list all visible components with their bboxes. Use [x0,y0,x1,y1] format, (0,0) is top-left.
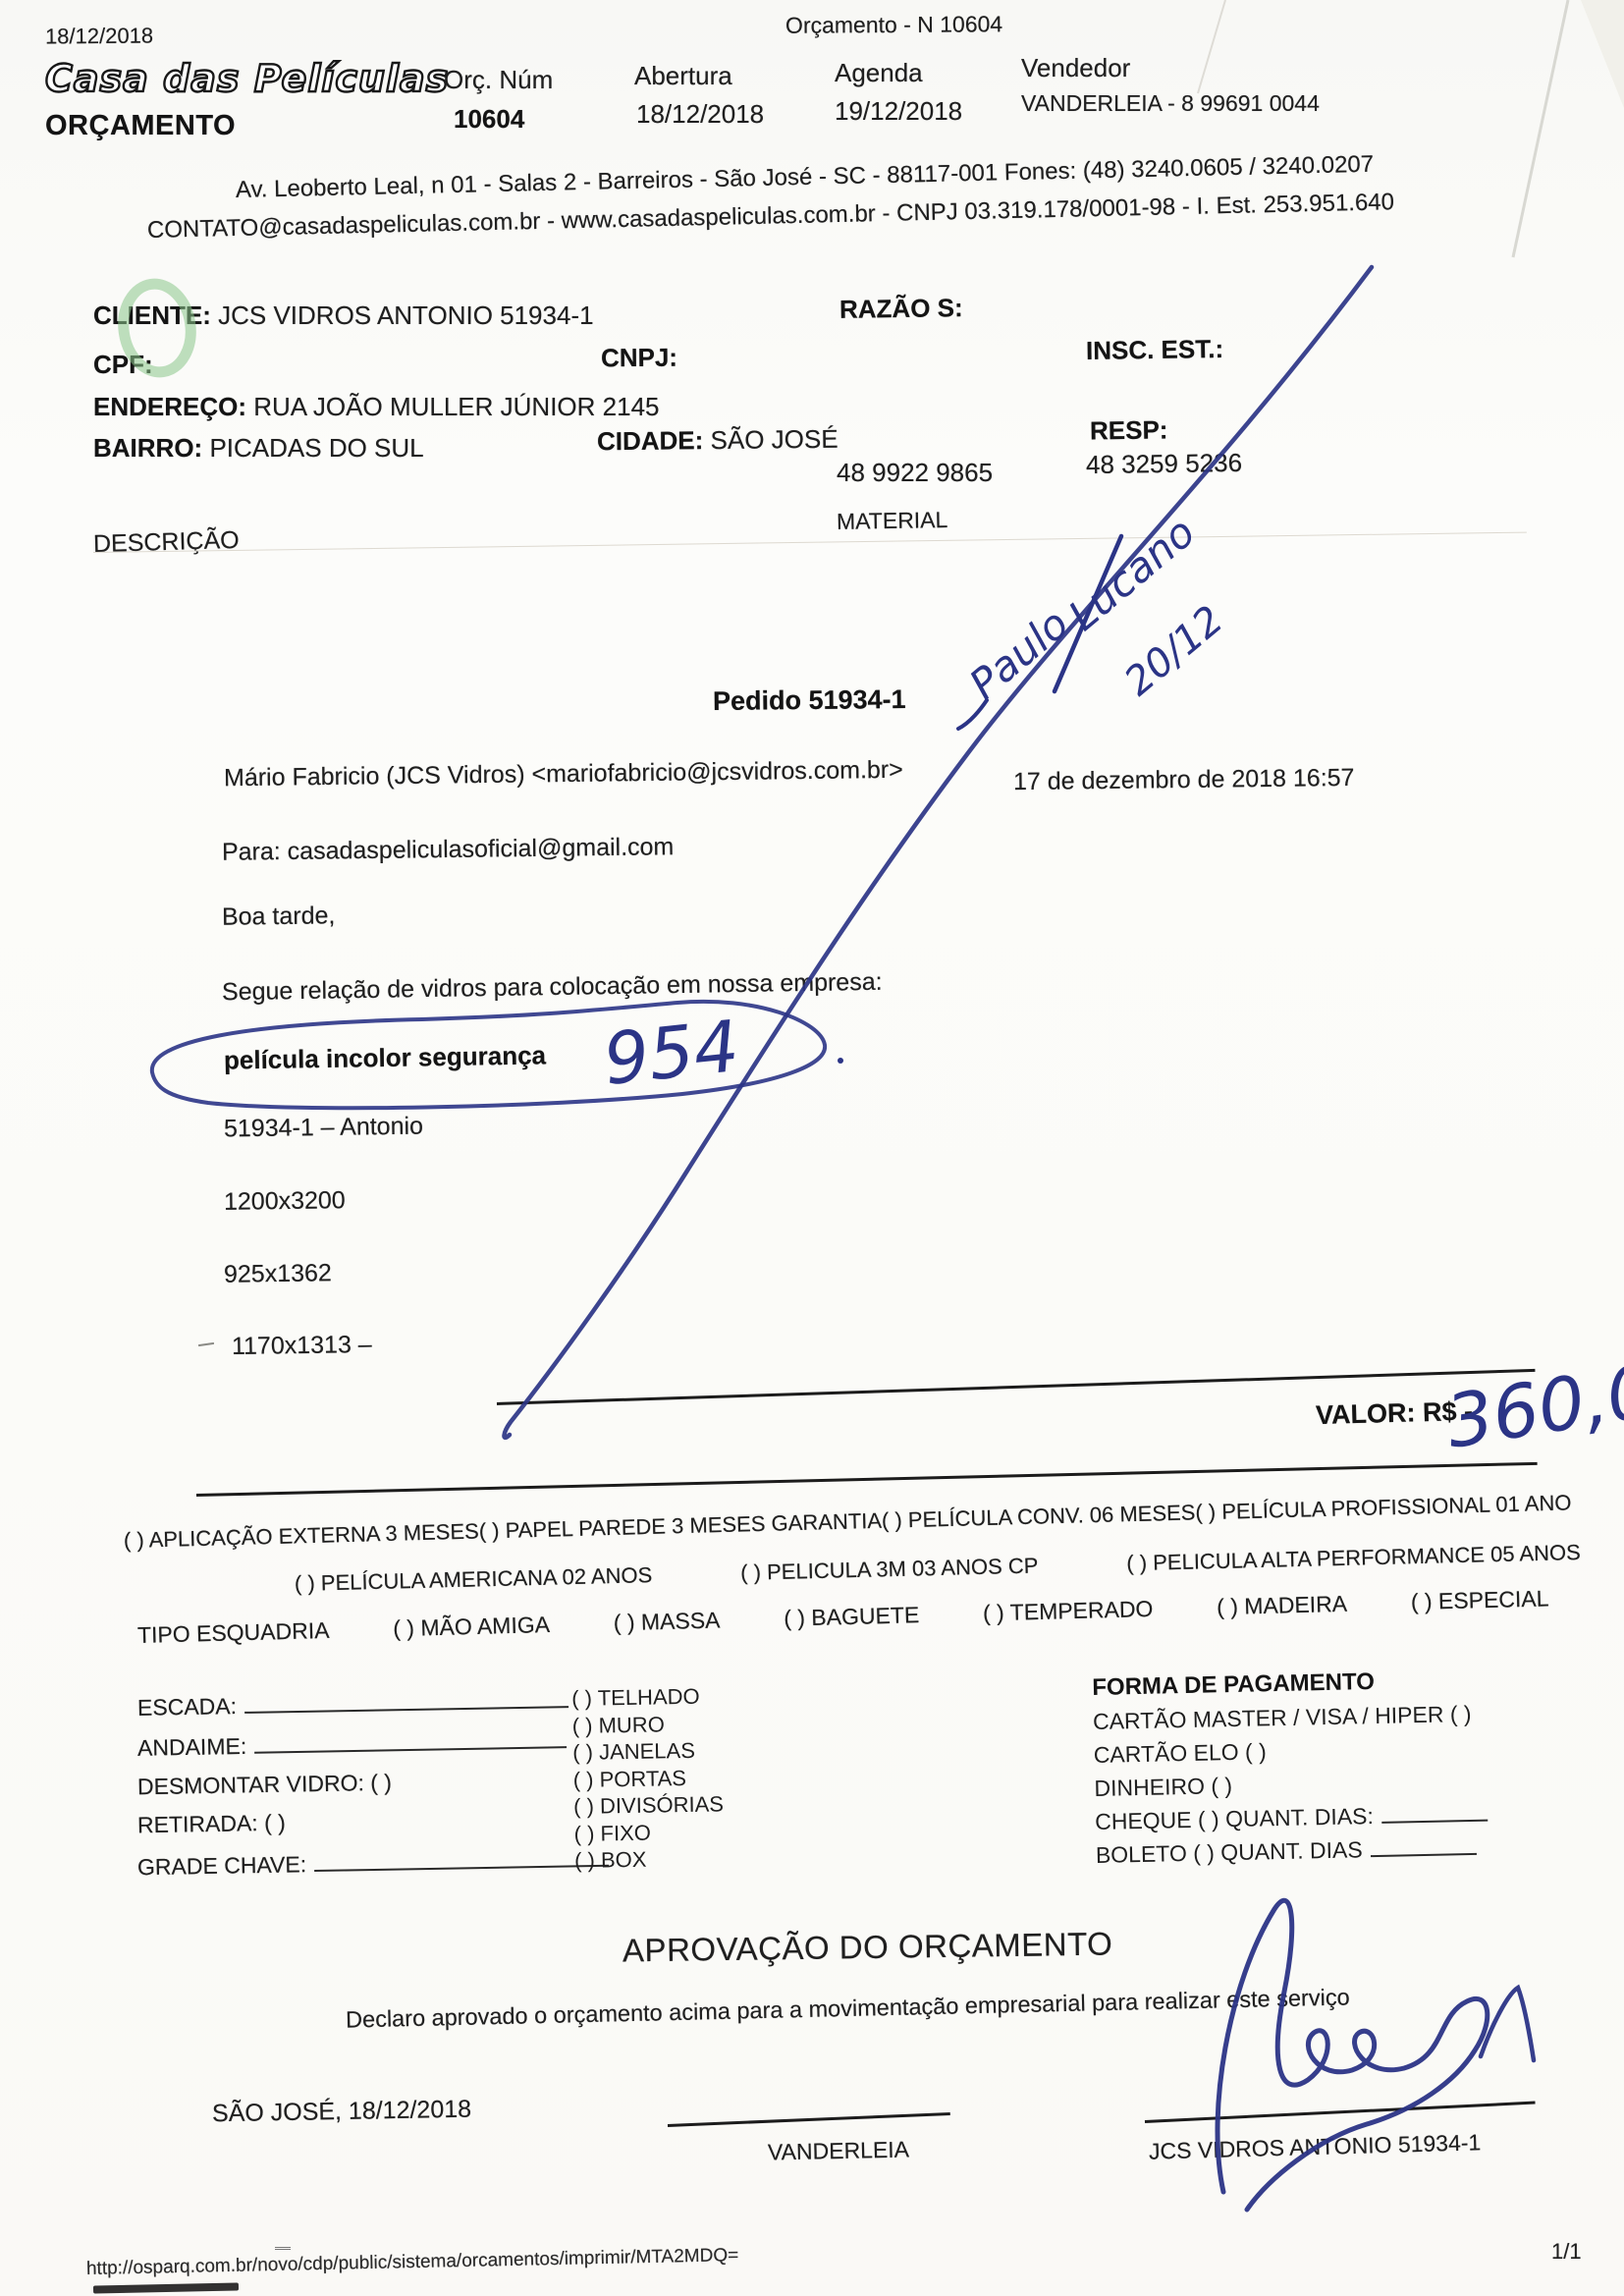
handwritten-quantity: 954 [600,1005,742,1101]
andaime-field: ANDAIME: [137,1727,568,1762]
divider-faint-line [93,532,1527,553]
agenda-value: 19/12/2018 [835,96,962,127]
grade-chave-field: GRADE CHAVE: [137,1846,610,1881]
boleto-label: BOLETO ( ) QUANT. DIAS [1096,1836,1363,1868]
abertura-label: Abertura [634,61,732,91]
garantia-option: ( ) PELICULA ALTA PERFORMANCE 05 ANOS [1126,1540,1581,1576]
escada-field: ESCADA: [137,1687,568,1722]
email-size-1: 1200x3200 [224,1186,346,1217]
valor-bottom-line [196,1462,1538,1497]
email-sent-at: 17 de dezembro de 2018 16:57 [1013,764,1355,796]
garantia-option: ( ) PELICULA 3M 03 ANOS CP [740,1553,1039,1585]
email-to: Para: casadaspeliculasoficial@gmail.com [222,833,675,867]
signature-line-cliente [1145,2102,1536,2123]
signature-name-vendedor: VANDERLEIA [768,2136,910,2165]
locais-list: ( ) TELHADO ( ) MURO ( ) JANELAS ( ) POR… [571,1682,725,1874]
cpf-label: CPF: [93,350,153,380]
cheque-fill-line [1381,1804,1488,1824]
local-option: ( ) FIXO [573,1818,724,1847]
orc-num-value: 10604 [454,104,524,135]
client-signature-peak [1481,1988,1534,2060]
endereco-value: RUA JOÃO MULLER JÚNIOR 2145 [253,392,659,421]
pen-slash-stroke [1055,536,1121,691]
esquadria-option: ( ) MASSA [613,1607,720,1636]
cheque-label: CHEQUE ( ) QUANT. DIAS: [1095,1803,1374,1834]
andaime-label: ANDAIME: [137,1733,247,1761]
paper-crease [1198,0,1225,93]
email-greeting: Boa tarde, [222,902,336,931]
footer-url: http://osparq.com.br/novo/cdp/public/sis… [86,2245,739,2280]
company-logo: Casa das Películas [45,57,449,100]
endereco-label: ENDEREÇO: [93,392,246,421]
insc-est-label: INSC. EST.: [1086,334,1224,366]
esquadria-option: ( ) BAGUETE [784,1602,920,1632]
pen-dot [838,1058,843,1064]
garantia-option: ( ) PELÍCULA PROFISSIONAL 01 ANO [1195,1490,1572,1525]
garantia-option: ( ) PELÍCULA AMERICANA 02 ANOS [295,1562,653,1597]
esquadria-option: ( ) ESPECIAL [1411,1585,1549,1615]
aprovacao-declaration: Declaro aprovado o orçamento acima para … [346,1984,1350,2033]
esquadria-label: TIPO ESQUADRIA [137,1617,330,1649]
local-option: ( ) BOX [574,1844,725,1874]
pagamento-option-boleto: BOLETO ( ) QUANT. DIAS [1096,1831,1489,1872]
razao-label: RAZÃO S: [839,293,963,325]
city-date: SÃO JOSÉ, 18/12/2018 [212,2096,472,2129]
email-intro: Segue relação de vidros para colocação e… [222,968,883,1008]
esquadria-option: ( ) MADEIRA [1217,1591,1348,1620]
handwritten-note-name2: Lucano [1059,508,1204,640]
orc-num-label: Orç. Núm [444,65,553,95]
endereco-row: ENDEREÇO: RUA JOÃO MULLER JÚNIOR 2145 [93,392,659,422]
cliente-label: CLIENTE: [93,301,211,330]
pedido-title: Pedido 51934-1 [713,684,906,717]
signature-name-cliente: JCS VIDROS ANTONIO 51934-1 [1149,2129,1482,2164]
local-option: ( ) JANELAS [572,1736,723,1766]
scanned-document: 18/12/2018 Orçamento - N 10604 Casa das … [0,0,1624,2296]
resp-phone: 48 3259 5236 [1086,448,1242,480]
esquadria-option: ( ) MÃO AMIGA [393,1612,550,1642]
scan-date: 18/12/2018 [45,24,153,50]
paper-crease [1513,0,1568,257]
handwritten-note-date: 20/12 [1116,597,1232,704]
cnpj-label: CNPJ: [601,343,677,374]
esquadria-option: ( ) TEMPERADO [983,1596,1154,1627]
scan-edge-bar [93,2282,239,2293]
aprovacao-title: APROVAÇÃO DO ORÇAMENTO [623,1926,1113,1970]
garantia-option: ( ) PELÍCULA CONV. 06 MESES [882,1500,1196,1533]
grade-chave-label: GRADE CHAVE: [137,1851,307,1880]
bairro-value: PICADAS DO SUL [209,433,423,463]
garantia-row-2: ( ) PELÍCULA AMERICANA 02 ANOS ( ) PELIC… [295,1540,1581,1597]
email-from: Mário Fabricio (JCS Vidros) <mariofabric… [224,756,903,793]
grade-chave-fill-line [314,1849,609,1872]
local-option: ( ) MURO [571,1710,722,1739]
email-item: película incolor segurança [224,1040,546,1075]
cliente-value: JCS VIDROS ANTONIO 51934-1 [218,301,593,330]
agenda-label: Agenda [835,58,923,88]
cidade-label: CIDADE: [597,425,704,456]
cidade-value: SÃO JOSÉ [710,424,838,455]
material-label: MATERIAL [837,507,948,535]
abertura-value: 18/12/2018 [636,99,764,130]
retirada-field: RETIRADA: ( ) [137,1810,286,1839]
header-reference: Orçamento - N 10604 [785,11,1002,39]
email-size-3: 1170x1313 – [232,1331,372,1361]
valor-label: VALOR: R$ - [1316,1396,1474,1431]
garantia-row-1: ( ) APLICAÇÃO EXTERNA 3 MESES ( ) PAPEL … [124,1491,1545,1554]
escada-fill-line [244,1690,568,1714]
local-option: ( ) DIVISÓRIAS [573,1790,724,1820]
pen-tail-stroke [958,700,987,729]
pagamento-block: FORMA DE PAGAMENTO CARTÃO MASTER / VISA … [1092,1664,1489,1872]
scan-smudge [275,2247,291,2250]
garantia-option: ( ) PAPEL PAREDE 3 MESES GARANTIA [478,1508,882,1545]
local-option: ( ) TELHADO [571,1682,722,1712]
stray-dash-artifact [198,1342,214,1346]
descricao-label: DESCRIÇÃO [93,526,240,559]
andaime-fill-line [254,1730,567,1754]
doc-type-title: ORÇAMENTO [45,110,236,142]
bairro-row: BAIRRO: PICADAS DO SUL [93,433,424,464]
corner-shadow [1581,0,1624,108]
page-indicator: 1/1 [1551,2239,1582,2265]
garantia-option: ( ) APLICAÇÃO EXTERNA 3 MESES [124,1519,479,1554]
boleto-fill-line [1370,1837,1476,1857]
client-signature [1218,1900,1488,2210]
email-order-ref: 51934-1 – Antonio [224,1113,423,1144]
local-option: ( ) PORTAS [572,1764,723,1793]
bairro-label: BAIRRO: [93,433,202,463]
client-phone: 48 9922 9865 [837,458,993,488]
vendedor-value: VANDERLEIA - 8 99691 0044 [1021,90,1320,117]
cidade-row: CIDADE: SÃO JOSÉ [597,424,839,458]
vendedor-label: Vendedor [1021,53,1130,83]
cliente-row: CLIENTE: JCS VIDROS ANTONIO 51934-1 [93,301,594,331]
handwritten-note-name1: Paulo [960,599,1078,708]
desmontar-field: DESMONTAR VIDRO: ( ) [137,1770,392,1801]
signature-line-vendedor [668,2112,950,2127]
email-size-2: 925x1362 [224,1259,332,1289]
escada-label: ESCADA: [137,1693,237,1721]
resp-label: RESP: [1090,414,1168,446]
